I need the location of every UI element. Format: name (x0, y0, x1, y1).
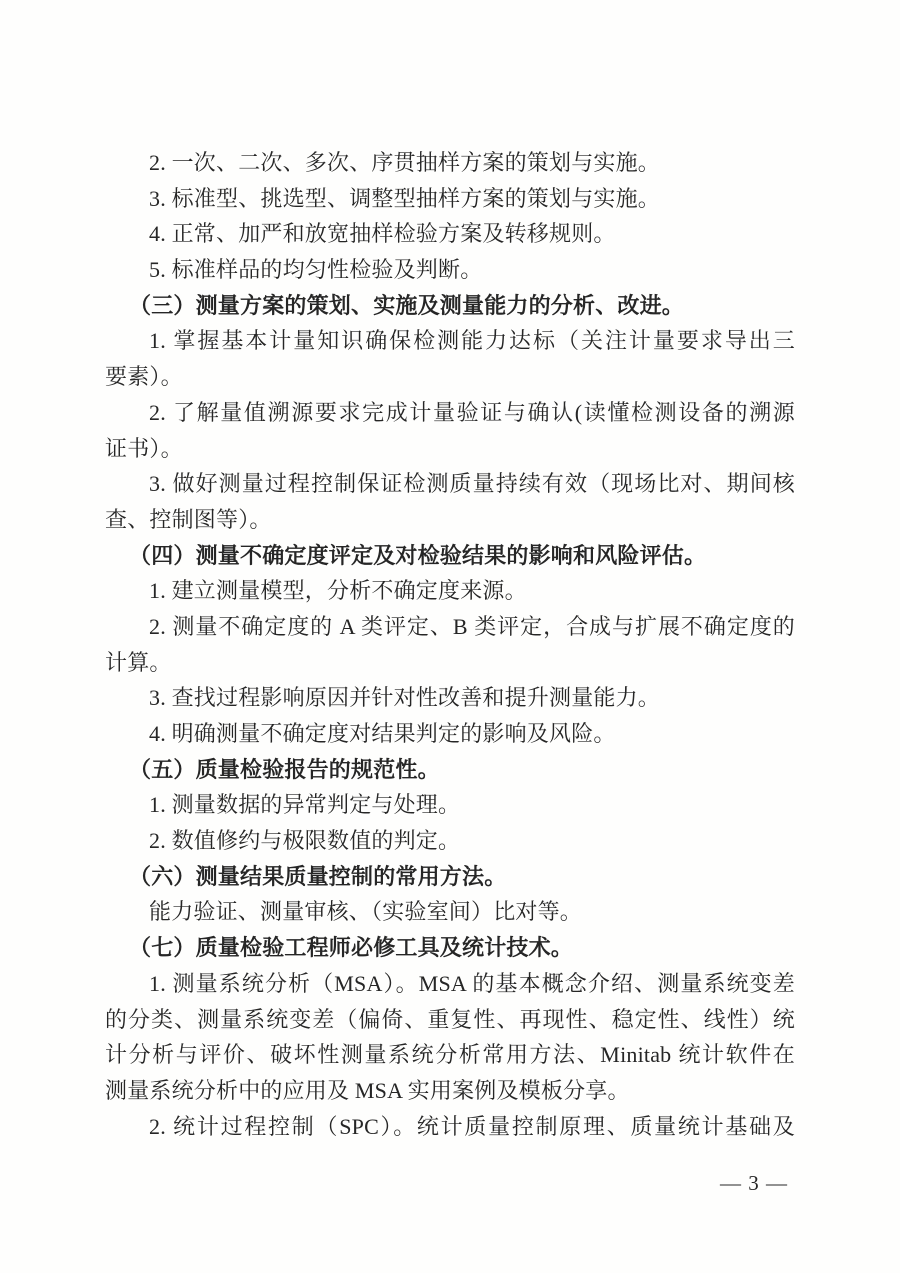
paragraph: 2. 测量不确定度的 A 类评定、B 类评定，合成与扩展不确定度的计算。 (105, 609, 795, 680)
text-line: 1. 测量数据的异常判定与处理。 (105, 787, 795, 823)
section-heading: （六）测量结果质量控制的常用方法。 (105, 859, 795, 895)
text-line: 证书）。 (105, 431, 795, 467)
section-heading: （五）质量检验报告的规范性。 (105, 752, 795, 788)
paragraph: 1. 测量系统分析（MSA）。MSA 的基本概念介绍、测量系统变差的分类、测量系… (105, 966, 795, 1109)
paragraph: 能力验证、测量审核、（实验室间）比对等。 (105, 894, 795, 930)
text-line: 2. 了解量值溯源要求完成计量验证与确认(读懂检测设备的溯源 (105, 395, 795, 431)
page-number: — 3 — (720, 1168, 788, 1198)
text-line: 1. 掌握基本计量知识确保检测能力达标（关注计量要求导出三 (105, 323, 795, 359)
text-line: 测量系统分析中的应用及 MSA 实用案例及模板分享。 (105, 1073, 795, 1109)
paragraph: 2. 统计过程控制（SPC）。统计质量控制原理、质量统计基础及 (105, 1109, 795, 1145)
paragraph: 5. 标准样品的均匀性检验及判断。 (105, 252, 795, 288)
text-line: 2. 数值修约与极限数值的判定。 (105, 823, 795, 859)
section-heading: （三）测量方案的策划、实施及测量能力的分析、改进。 (105, 288, 795, 324)
text-line: 能力验证、测量审核、（实验室间）比对等。 (105, 894, 795, 930)
paragraph: 3. 做好测量过程控制保证检测质量持续有效（现场比对、期间核查、控制图等）。 (105, 466, 795, 537)
text-line: 4. 正常、加严和放宽抽样检验方案及转移规则。 (105, 216, 795, 252)
paragraph: 3. 查找过程影响原因并针对性改善和提升测量能力。 (105, 680, 795, 716)
document-body: 2. 一次、二次、多次、序贯抽样方案的策划与实施。3. 标准型、挑选型、调整型抽… (105, 145, 795, 1144)
text-line: 3. 标准型、挑选型、调整型抽样方案的策划与实施。 (105, 181, 795, 217)
text-line: 计分析与评价、破坏性测量系统分析常用方法、Minitab 统计软件在 (105, 1037, 795, 1073)
text-line: 3. 查找过程影响原因并针对性改善和提升测量能力。 (105, 680, 795, 716)
paragraph: 4. 明确测量不确定度对结果判定的影响及风险。 (105, 716, 795, 752)
text-line: （三）测量方案的策划、实施及测量能力的分析、改进。 (105, 288, 795, 324)
text-line: 2. 统计过程控制（SPC）。统计质量控制原理、质量统计基础及 (105, 1109, 795, 1145)
text-line: 的分类、测量系统变差（偏倚、重复性、再现性、稳定性、线性）统 (105, 1002, 795, 1038)
text-line: 查、控制图等）。 (105, 502, 795, 538)
text-line: 1. 测量系统分析（MSA）。MSA 的基本概念介绍、测量系统变差 (105, 966, 795, 1002)
paragraph: 2. 一次、二次、多次、序贯抽样方案的策划与实施。 (105, 145, 795, 181)
paragraph: 1. 建立测量模型，分析不确定度来源。 (105, 573, 795, 609)
text-line: 2. 一次、二次、多次、序贯抽样方案的策划与实施。 (105, 145, 795, 181)
text-line: 3. 做好测量过程控制保证检测质量持续有效（现场比对、期间核 (105, 466, 795, 502)
text-line: （七）质量检验工程师必修工具及统计技术。 (105, 930, 795, 966)
paragraph: 1. 测量数据的异常判定与处理。 (105, 787, 795, 823)
paragraph: 1. 掌握基本计量知识确保检测能力达标（关注计量要求导出三要素）。 (105, 323, 795, 394)
section-heading: （七）质量检验工程师必修工具及统计技术。 (105, 930, 795, 966)
text-line: 计算。 (105, 645, 795, 681)
section-heading: （四）测量不确定度评定及对检验结果的影响和风险评估。 (105, 538, 795, 574)
text-line: （五）质量检验报告的规范性。 (105, 752, 795, 788)
document-page: 2. 一次、二次、多次、序贯抽样方案的策划与实施。3. 标准型、挑选型、调整型抽… (0, 0, 900, 1273)
paragraph: 4. 正常、加严和放宽抽样检验方案及转移规则。 (105, 216, 795, 252)
paragraph: 2. 数值修约与极限数值的判定。 (105, 823, 795, 859)
text-line: （六）测量结果质量控制的常用方法。 (105, 859, 795, 895)
text-line: 4. 明确测量不确定度对结果判定的影响及风险。 (105, 716, 795, 752)
text-line: 1. 建立测量模型，分析不确定度来源。 (105, 573, 795, 609)
text-line: 2. 测量不确定度的 A 类评定、B 类评定，合成与扩展不确定度的 (105, 609, 795, 645)
paragraph: 3. 标准型、挑选型、调整型抽样方案的策划与实施。 (105, 181, 795, 217)
text-line: 5. 标准样品的均匀性检验及判断。 (105, 252, 795, 288)
text-line: 要素）。 (105, 359, 795, 395)
text-line: （四）测量不确定度评定及对检验结果的影响和风险评估。 (105, 538, 795, 574)
paragraph: 2. 了解量值溯源要求完成计量验证与确认(读懂检测设备的溯源证书）。 (105, 395, 795, 466)
